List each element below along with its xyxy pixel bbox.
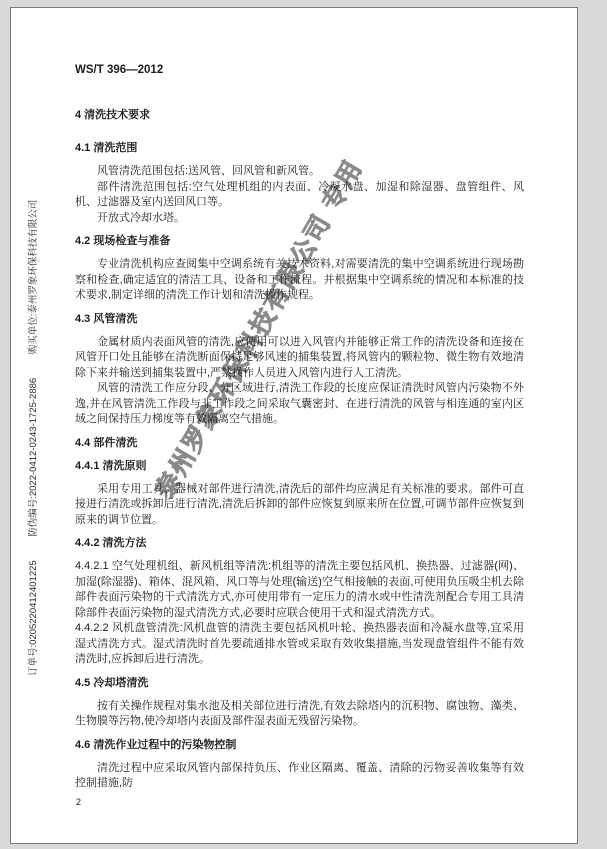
section-heading-4-5: 4.5 冷却塔清洗 <box>75 676 524 690</box>
paragraph: 采用专用工具、器械对部件进行清洗,清洗后的部件均应满足有关标准的要求。部件可直接… <box>75 482 524 529</box>
section-heading-4-2: 4.2 现场检查与准备 <box>75 234 524 248</box>
paragraph: 风管的清洗工作应分段、分区域进行,清洗工作段的长度应保证清洗时风管内污染物不外逸… <box>75 381 524 428</box>
paragraph: 开放式冷却水塔。 <box>75 211 524 227</box>
standard-number-header: WS/T 396—2012 <box>75 64 524 76</box>
page-number: 2 <box>76 795 524 811</box>
section-heading-4-4-2: 4.4.2 清洗方法 <box>75 536 524 550</box>
section-heading-4: 4 清洗技术要求 <box>75 108 524 122</box>
paragraph: 按有关操作规程对集水池及相关部位进行清洗,有效去除塔内的沉积物、腐蚀物、藻类、生… <box>75 699 524 730</box>
section-heading-4-1: 4.1 清洗范围 <box>75 141 524 155</box>
section-heading-4-6: 4.6 清洗作业过程中的污染物控制 <box>75 738 524 752</box>
paragraph: 清洗过程中应采取风管内部保持负压、作业区隔离、覆盖、清除的污物妥善收集等有效控制… <box>75 761 524 792</box>
scanned-document-canvas: { "header": { "standard_number": "WS/T 3… <box>0 0 607 849</box>
section-heading-4-4-1: 4.4.1 清洗原则 <box>75 459 524 473</box>
paragraph: 部件清洗范围包括:空气处理机组的内表面、冷凝水盘、加湿和除湿器、盘管组件、风机、… <box>75 180 524 211</box>
document-content: WS/T 396—2012 4 清洗技术要求 4.1 清洗范围 风管清洗范围包括… <box>75 64 524 810</box>
order-number: 订单号:0205220412401225 <box>28 560 39 676</box>
paragraph: 金属材质内表面风管的清洗,应使用可以进入风管内并能够正常工作的清洗设备和连接在风… <box>75 335 524 382</box>
anti-counterfeit-number: 防伪编号:2022-0412-0243-1725-2886 <box>28 378 39 537</box>
clause-4-4-2-2: 4.4.2.2 风机盘管清洗:风机盘管的清洗主要包括风机叶轮、换热器表面和冷凝水… <box>75 621 524 668</box>
purchasing-unit: 购买单位:泰州罗象环保科技有限公司 <box>28 200 39 355</box>
section-heading-4-4: 4.4 部件清洗 <box>75 436 524 450</box>
document-page: 泰州罗象环保科技有限公司 专用 订单号:0205220412401225 防伪编… <box>10 7 578 844</box>
order-info-sidebar: 订单号:0205220412401225 防伪编号:2022-0412-0243… <box>25 116 39 676</box>
section-heading-4-3: 4.3 风管清洗 <box>75 312 524 326</box>
clause-4-4-2-1: 4.4.2.1 空气处理机组、新风机组等清洗:机组等的清洗主要包括风机、换热器、… <box>75 559 524 621</box>
paragraph: 专业清洗机构应查阅集中空调系统有关技术资料,对需要清洗的集中空调系统进行现场勘察… <box>75 257 524 304</box>
paragraph: 风管清洗范围包括:送风管、回风管和新风管。 <box>75 164 524 180</box>
